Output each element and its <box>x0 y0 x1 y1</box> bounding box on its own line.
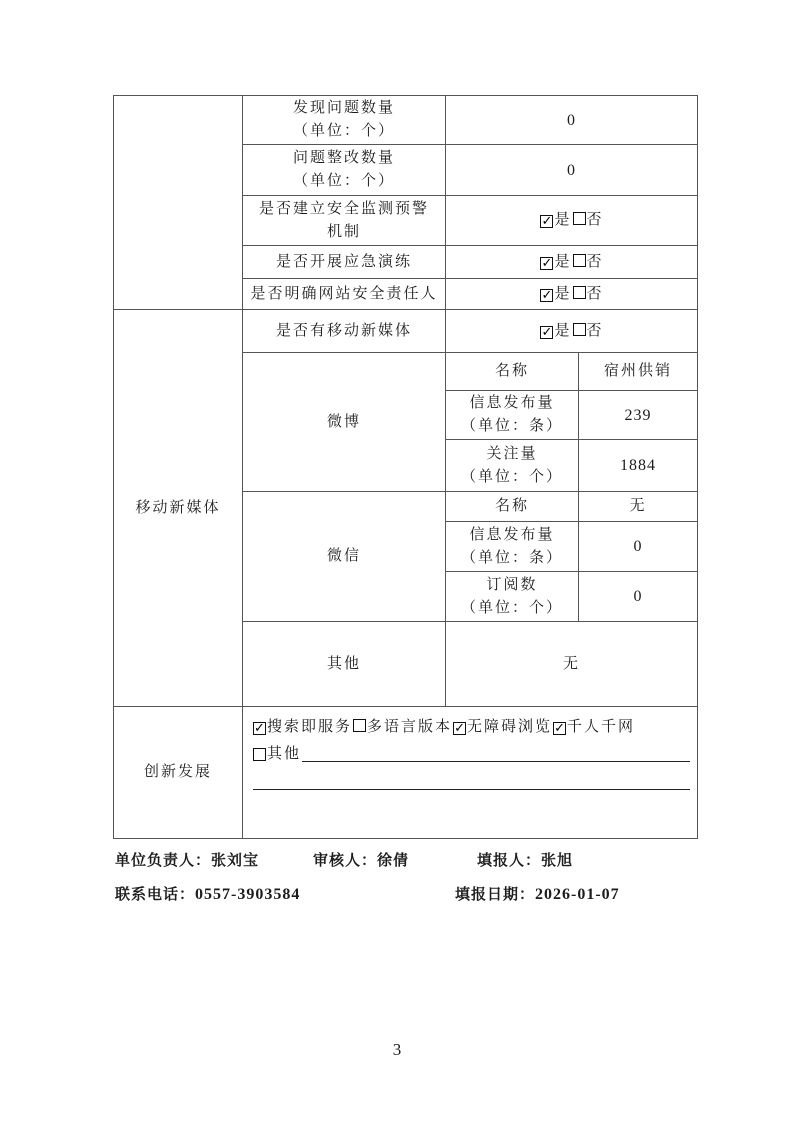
yes-label: 是 <box>554 212 571 228</box>
filler-field: 填报人：张旭 <box>477 849 573 870</box>
checkbox-personalized-icon: ✓ <box>553 722 566 735</box>
no-label: 否 <box>587 323 604 339</box>
sub-label-wechat-posts: 信息发布量 （单位：条） <box>446 522 579 572</box>
date-value: 2026-01-07 <box>535 886 620 903</box>
value-emergency-drill: ✓是否 <box>446 246 698 279</box>
yes-label: 是 <box>554 323 571 339</box>
no-label: 否 <box>587 212 604 228</box>
innovation-options-line: ✓搜索即服务多语言版本✓无障碍浏览✓千人千网 <box>252 716 690 739</box>
value-security-responsible: ✓是否 <box>446 279 698 310</box>
phone-label: 联系电话： <box>115 887 195 903</box>
checkbox-yes-icon: ✓ <box>540 257 553 270</box>
no-label: 否 <box>587 254 604 270</box>
checkbox-yes-icon: ✓ <box>540 215 553 228</box>
document-page: 发现问题数量 （单位：个） 0 问题整改数量 （单位：个） 0 是否建立安全监测… <box>0 0 794 1122</box>
checkbox-no-icon <box>573 286 586 299</box>
innovation-content-cell: ✓搜索即服务多语言版本✓无障碍浏览✓千人千网 其他 <box>243 707 698 839</box>
row-label-security-responsible: 是否明确网站安全责任人 <box>243 279 446 310</box>
innovation-other-line: 其他 <box>252 743 690 766</box>
value-fixed-issues: 0 <box>446 145 698 196</box>
option-other: 其他 <box>267 743 301 766</box>
value-wechat-subscribers: 0 <box>579 572 698 622</box>
filler-label: 填报人： <box>477 853 541 869</box>
checkbox-no-icon <box>573 323 586 336</box>
group-label-wechat: 微信 <box>243 492 446 622</box>
yes-no-value: ✓是否 <box>539 286 603 302</box>
sub-label-wechat-subscribers: 订阅数 （单位：个） <box>446 572 579 622</box>
unit-head-value: 张刘宝 <box>211 853 259 869</box>
value-wechat-name: 无 <box>579 492 698 522</box>
row-label-fixed-issues: 问题整改数量 （单位：个） <box>243 145 446 196</box>
unit-head-label: 单位负责人： <box>115 853 211 869</box>
sub-label-line2: （单位：个） <box>448 597 576 620</box>
yes-no-value: ✓是否 <box>539 254 603 270</box>
value-wechat-posts: 0 <box>579 522 698 572</box>
blank-underline <box>302 748 690 762</box>
value-has-mobile-media: ✓是否 <box>446 310 698 353</box>
value-weibo-posts: 239 <box>579 391 698 440</box>
option-personalized: 千人千网 <box>567 719 635 735</box>
group-label-other-media: 其他 <box>243 622 446 707</box>
row-label-line1: 发现问题数量 <box>245 97 443 120</box>
yes-no-value: ✓是否 <box>539 212 603 228</box>
sub-label-line1: 订阅数 <box>448 574 576 597</box>
option-accessibility: 无障碍浏览 <box>467 719 552 735</box>
date-field: 填报日期：2026-01-07 <box>455 883 620 904</box>
sub-label-wechat-name: 名称 <box>446 492 579 522</box>
sub-label-weibo-posts: 信息发布量 （单位：条） <box>446 391 579 440</box>
row-label-warning-mechanism: 是否建立安全监测预警 机制 <box>243 196 446 246</box>
row-label-line2: （单位：个） <box>245 120 443 143</box>
option-search-service: 搜索即服务 <box>267 719 352 735</box>
value-found-issues: 0 <box>446 96 698 145</box>
page-number: 3 <box>0 1040 794 1060</box>
checkbox-no-icon <box>573 212 586 225</box>
value-warning-mechanism: ✓是否 <box>446 196 698 246</box>
sub-label-line1: 信息发布量 <box>448 524 576 547</box>
group-label-weibo: 微博 <box>243 353 446 492</box>
filler-value: 张旭 <box>541 853 573 869</box>
checkbox-multilingual-icon <box>353 719 366 732</box>
yes-label: 是 <box>554 254 571 270</box>
checkbox-yes-icon: ✓ <box>540 289 553 302</box>
option-multilingual: 多语言版本 <box>367 719 452 735</box>
no-label: 否 <box>587 286 604 302</box>
annual-report-table: 发现问题数量 （单位：个） 0 问题整改数量 （单位：个） 0 是否建立安全监测… <box>113 95 698 839</box>
checkbox-yes-icon: ✓ <box>540 326 553 339</box>
checkbox-other-icon <box>253 748 266 761</box>
row-label-line2: （单位：个） <box>245 170 443 193</box>
sub-label-line1: 信息发布量 <box>448 392 576 415</box>
sub-label-line2: （单位：条） <box>448 415 576 438</box>
yes-label: 是 <box>554 286 571 302</box>
reviewer-value: 徐倩 <box>377 853 409 869</box>
date-label: 填报日期： <box>455 887 535 903</box>
sub-label-weibo-followers: 关注量 （单位：个） <box>446 440 579 492</box>
yes-no-value: ✓是否 <box>539 323 603 339</box>
checkbox-accessibility-icon: ✓ <box>453 722 466 735</box>
row-label-emergency-drill: 是否开展应急演练 <box>243 246 446 279</box>
value-weibo-name: 宿州供销 <box>579 353 698 391</box>
row-label-line2: 机制 <box>245 221 443 244</box>
section-label-innovation: 创新发展 <box>114 707 243 839</box>
sub-label-line2: （单位：条） <box>448 547 576 570</box>
sub-label-weibo-name: 名称 <box>446 353 579 391</box>
value-other-media: 无 <box>446 622 698 707</box>
unit-head-field: 单位负责人：张刘宝 <box>115 849 259 870</box>
blank-underline <box>253 766 690 790</box>
reviewer-field: 审核人：徐倩 <box>313 849 409 870</box>
phone-value: 0557-3903584 <box>195 886 300 903</box>
reviewer-label: 审核人： <box>313 853 377 869</box>
row-label-has-mobile-media: 是否有移动新媒体 <box>243 310 446 353</box>
checkbox-search-service-icon: ✓ <box>253 722 266 735</box>
sub-label-line2: （单位：个） <box>448 466 576 489</box>
row-label-line1: 问题整改数量 <box>245 147 443 170</box>
sub-label-line1: 关注量 <box>448 443 576 466</box>
value-weibo-followers: 1884 <box>579 440 698 492</box>
section-label-mobile-media: 移动新媒体 <box>114 310 243 707</box>
row-label-line1: 是否建立安全监测预警 <box>245 198 443 221</box>
checkbox-no-icon <box>573 254 586 267</box>
phone-field: 联系电话：0557-3903584 <box>115 883 300 904</box>
section-label-cell-continued <box>114 96 243 310</box>
row-label-found-issues: 发现问题数量 （单位：个） <box>243 96 446 145</box>
